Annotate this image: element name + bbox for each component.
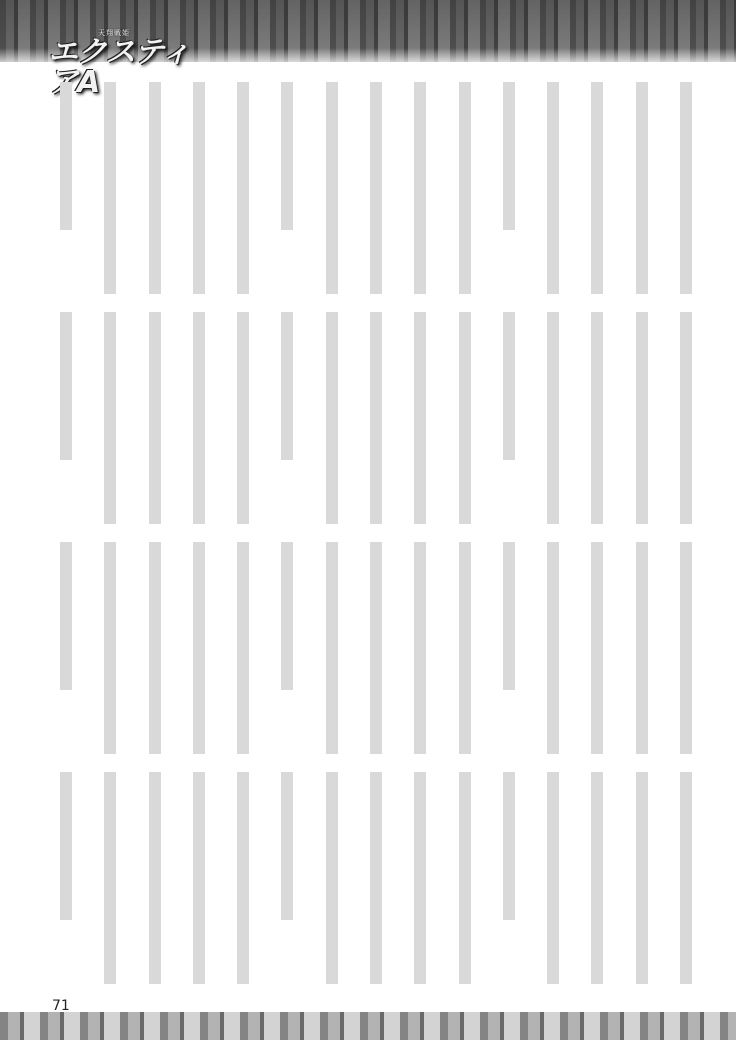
text-column: [193, 312, 205, 524]
text-column: [193, 772, 205, 984]
text-column: [281, 82, 293, 230]
text-column: [281, 542, 293, 690]
text-column: [591, 542, 603, 754]
text-column: [459, 542, 471, 754]
text-column: [636, 542, 648, 754]
text-column: [370, 772, 382, 984]
text-column: [193, 542, 205, 754]
text-column: [60, 82, 72, 230]
body-text-block: [56, 82, 696, 294]
text-column: [281, 312, 293, 460]
text-column: [547, 542, 559, 754]
text-column: [636, 82, 648, 294]
text-column: [680, 312, 692, 524]
text-column: [370, 82, 382, 294]
text-column: [326, 772, 338, 984]
text-column: [414, 312, 426, 524]
text-column: [636, 772, 648, 984]
text-column: [149, 82, 161, 294]
text-column: [237, 542, 249, 754]
text-column: [104, 542, 116, 754]
text-column: [104, 772, 116, 984]
text-column: [281, 772, 293, 920]
text-column: [237, 772, 249, 984]
text-column: [370, 312, 382, 524]
text-tier-1: [56, 82, 696, 294]
text-column: [193, 82, 205, 294]
text-column: [459, 312, 471, 524]
text-column: [326, 312, 338, 524]
title-logo: 天翔戦姫 エクスティアA: [48, 28, 208, 68]
text-column: [547, 312, 559, 524]
text-column: [149, 542, 161, 754]
text-column: [149, 312, 161, 524]
text-column: [414, 772, 426, 984]
text-column: [459, 772, 471, 984]
text-column: [591, 312, 603, 524]
text-column: [104, 312, 116, 524]
text-tier-3: [56, 542, 696, 754]
body-text-block: [56, 772, 696, 984]
text-column: [326, 82, 338, 294]
text-column: [680, 542, 692, 754]
text-column: [414, 542, 426, 754]
text-column: [591, 82, 603, 294]
text-column: [149, 772, 161, 984]
text-tier-2: [56, 312, 696, 524]
text-column: [636, 312, 648, 524]
text-column: [104, 82, 116, 294]
text-column: [237, 82, 249, 294]
text-column: [414, 82, 426, 294]
text-column: [547, 772, 559, 984]
text-column: [503, 772, 515, 920]
text-column: [680, 772, 692, 984]
text-column: [459, 82, 471, 294]
text-column: [503, 82, 515, 230]
text-column: [60, 312, 72, 460]
text-column: [60, 772, 72, 920]
text-column: [237, 312, 249, 524]
text-column: [680, 82, 692, 294]
text-column: [547, 82, 559, 294]
body-text-block: [56, 542, 696, 754]
text-column: [60, 542, 72, 690]
text-column: [370, 542, 382, 754]
text-tier-4: [56, 772, 696, 984]
footer-banner: [0, 1012, 736, 1040]
text-column: [503, 542, 515, 690]
text-column: [326, 542, 338, 754]
body-text-block: [56, 312, 696, 524]
text-column: [503, 312, 515, 460]
text-column: [591, 772, 603, 984]
